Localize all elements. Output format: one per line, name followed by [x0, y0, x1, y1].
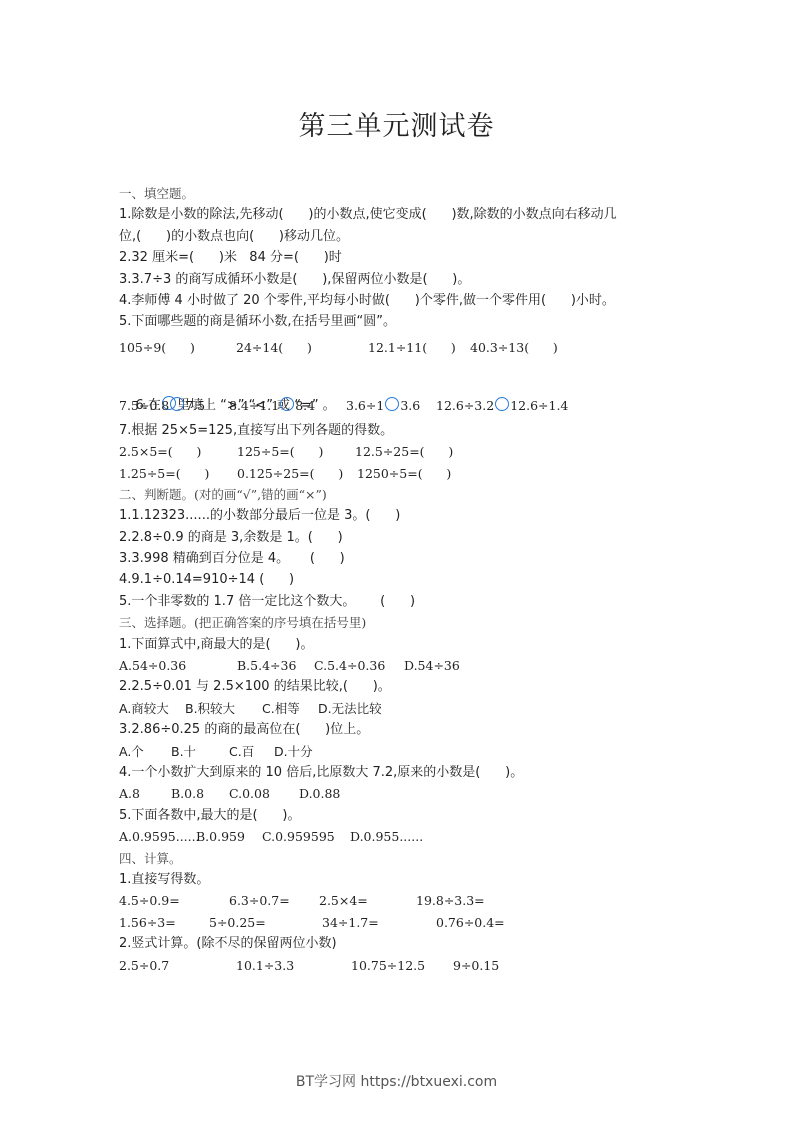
question-text: 1.除数是小数的除法,先移动( )的小数点,使它变成( )数,除数的小数点向右移…: [119, 204, 679, 225]
q5-item: 24÷14( ): [236, 333, 368, 362]
judge-item: 3.3.998 精确到百分位是 4。 ( ): [119, 548, 679, 569]
options-row: A.8 B.0.8 C.0.08 D.0.88: [119, 783, 679, 804]
compare-item: 7.5÷0.87.5: [119, 391, 229, 420]
options-row: A.个 B.十 C.百 D.十分: [119, 741, 679, 762]
compare-item: 3.6÷13.6: [346, 391, 436, 420]
q6-items-row: 7.5÷0.87.5 8.4÷1.18.4 3.6÷13.6 12.6÷3.21…: [119, 391, 679, 420]
options-row: A.0.9595...... B.0.959 C.0.959595 D.0.95…: [119, 826, 679, 847]
question-text: 7.根据 25×5=125,直接写出下列各题的得数。: [119, 420, 679, 441]
calc-row: 1.56÷3= 5÷0.25= 34÷1.7= 0.76÷0.4=: [119, 912, 679, 933]
calc-row: 4.5÷0.9= 6.3÷0.7= 2.5×4= 19.8÷3.3=: [119, 890, 679, 911]
section-1-heading: 一、填空题。: [119, 183, 679, 204]
options-row: A.商较大 B.积较大 C.相等 D.无法比较: [119, 698, 679, 719]
judge-item: 4.9.1÷0.14=910÷14 ( ): [119, 569, 679, 590]
section-3-heading: 三、选择题。(把正确答案的序号填在括号里): [119, 612, 679, 633]
footer-watermark: BT学习网 https://btxuexi.com: [0, 1071, 793, 1091]
question-text: 3.3.7÷3 的商写成循环小数是( ),保留两位小数是( )。: [119, 269, 679, 290]
section-4-heading: 四、计算。: [119, 848, 679, 869]
circle-icon[interactable]: [170, 397, 184, 411]
question-text: 2.32 厘米=( )米 84 分=( )时: [119, 247, 679, 268]
compare-item: 12.6÷3.212.6÷1.4: [436, 391, 568, 420]
options-row: A.54÷0.36 B.5.4÷36 C.5.4÷0.36 D.54÷36: [119, 655, 679, 676]
calc-row: 2.5÷0.7 10.1÷3.3 10.75÷12.5 9÷0.15: [119, 955, 679, 976]
question-text: 2.竖式计算。(除不尽的保留两位小数): [119, 933, 679, 954]
q5-items-row: 105÷9( ) 24÷14( ) 12.1÷11( ) 40.3÷13( ): [119, 333, 679, 362]
judge-item: 2.2.8÷0.9 的商是 3,余数是 1。( ): [119, 527, 679, 548]
question-text: 位,( )的小数点也向( )移动几位。: [119, 226, 679, 247]
circle-icon[interactable]: [495, 397, 509, 411]
question-text: 5.下面各数中,最大的是( )。: [119, 805, 679, 826]
test-content: 一、填空题。 1.除数是小数的除法,先移动( )的小数点,使它变成( )数,除数…: [119, 183, 679, 976]
question-text: 4.一个小数扩大到原来的 10 倍后,比原数大 7.2,原来的小数是( )。: [119, 762, 679, 783]
q5-item: 40.3÷13( ): [470, 333, 558, 362]
compare-item: 8.4÷1.18.4: [229, 391, 346, 420]
q7-row: 2.5×5=( ) 125÷5=( ) 12.5÷25=( ): [119, 441, 679, 462]
circle-icon[interactable]: [385, 397, 399, 411]
q5-item: 12.1÷11( ): [368, 333, 470, 362]
q7-row: 1.25÷5=( ) 0.125÷25=( ) 1250÷5=( ): [119, 463, 679, 484]
question-text: 4.李师傅 4 小时做了 20 个零件,平均每小时做( )个零件,做一个零件用(…: [119, 290, 679, 311]
section-2-heading: 二、判断题。(对的画“√”,错的画“×”): [119, 484, 679, 505]
question-text: 3.2.86÷0.25 的商的最高位在( )位上。: [119, 719, 679, 740]
question-text: 6.在里填上 “>” “<” 或 “=” 。: [119, 362, 679, 391]
q5-item: 105÷9( ): [119, 333, 236, 362]
judge-item: 5.一个非零数的 1.7 倍一定比这个数大。 ( ): [119, 591, 679, 612]
circle-icon[interactable]: [280, 397, 294, 411]
page-title: 第三单元测试卷: [0, 104, 793, 143]
question-text: 1.直接写得数。: [119, 869, 679, 890]
judge-item: 1.1.12323......的小数部分最后一位是 3。( ): [119, 505, 679, 526]
question-text: 1.下面算式中,商最大的是( )。: [119, 634, 679, 655]
question-text: 2.2.5÷0.01 与 2.5×100 的结果比较,( )。: [119, 676, 679, 697]
question-text: 5.下面哪些题的商是循环小数,在括号里画“圆”。: [119, 311, 679, 332]
